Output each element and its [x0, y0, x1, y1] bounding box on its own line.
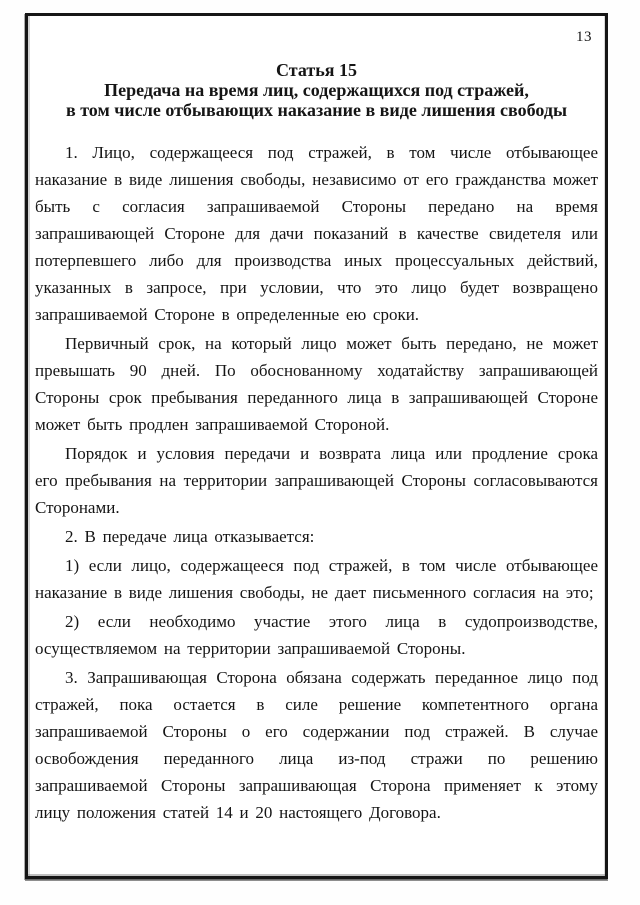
article-heading: Статья 15 [28, 60, 605, 80]
article-title-line-2: в том числе отбывающих наказание в виде … [28, 100, 605, 120]
scanned-document-page: 13 Статья 15 Передача на время лиц, соде… [0, 0, 640, 905]
paragraph: 3. Запрашивающая Сторона обязана содержа… [35, 664, 598, 826]
paragraph: 1. Лицо, содержащееся под стражей, в том… [35, 139, 598, 328]
paragraph: Первичный срок, на который лицо может бы… [35, 330, 598, 438]
article-title-line-1: Передача на время лиц, содержащихся под … [28, 80, 605, 100]
paragraph: 2. В передаче лица отказывается: [35, 523, 598, 550]
article-header: Статья 15 Передача на время лиц, содержа… [28, 60, 605, 120]
paragraph: Порядок и условия передачи и возврата ли… [35, 440, 598, 521]
document-body: 1. Лицо, содержащееся под стражей, в том… [35, 139, 598, 826]
page-number: 13 [28, 16, 605, 45]
list-item: 1) если лицо, содержащееся под стражей, … [35, 552, 598, 606]
page-border-frame: 13 Статья 15 Передача на время лиц, соде… [25, 13, 608, 879]
list-item: 2) если необходимо участие этого лица в … [35, 608, 598, 662]
